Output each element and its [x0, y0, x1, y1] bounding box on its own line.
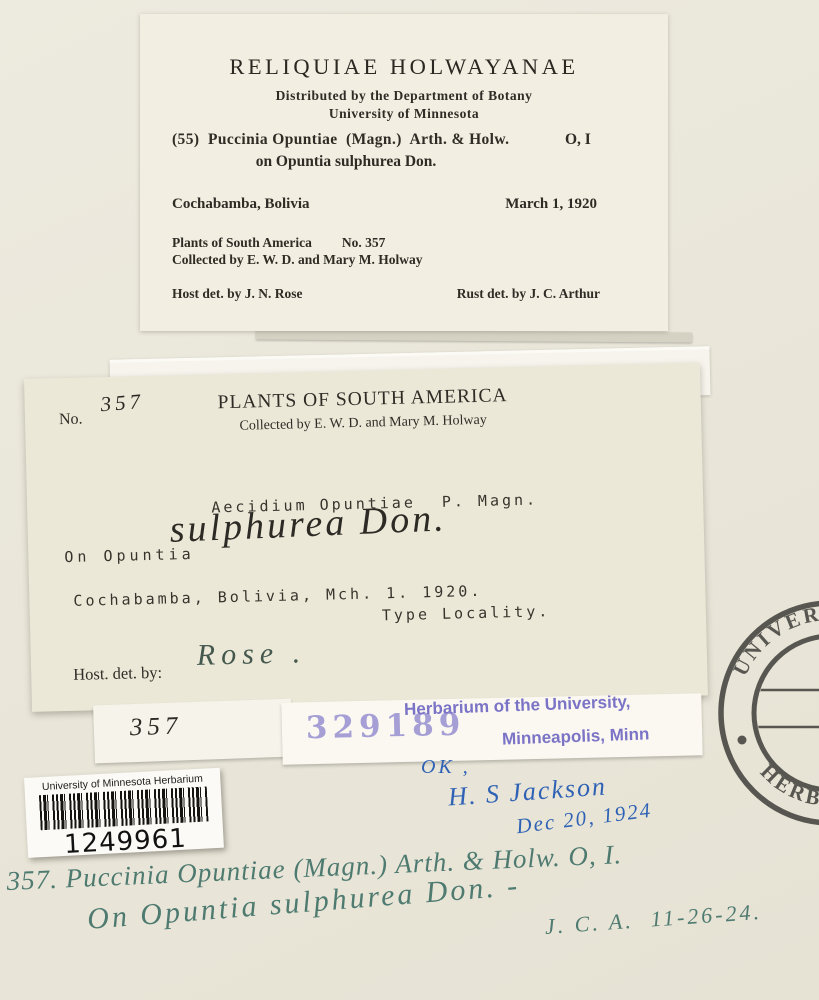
institution-line: University of Minnesota — [140, 106, 668, 122]
host-det-by-label: Host. det. by: — [73, 663, 162, 685]
series-name: Plants of South America — [172, 235, 312, 250]
herbarium-specimen-sheet: RELIQUIAE HOLWAYANAE Distributed by the … — [0, 0, 819, 1000]
plants-of-south-america-label: No. 357 PLANTS OF SOUTH AMERICA Collecte… — [24, 362, 708, 711]
species-line: (55) Puccinia Opuntiae (Magn.) Arth. & H… — [172, 131, 509, 149]
collection-number: No. 357 — [342, 235, 386, 250]
packet-number-strip: 357 — [93, 699, 293, 764]
locality: Cochabamba, Bolivia — [172, 196, 310, 213]
series-title: RELIQUIAE HOLWAYANAE — [140, 54, 668, 80]
series-number-line: Plants of South AmericaNo. 357 — [172, 235, 385, 251]
typed-type-locality: Type Locality. — [382, 602, 551, 624]
rust-det-line: Rust det. by J. C. Arthur — [457, 286, 600, 302]
packet-number-handwritten: 357 — [129, 712, 182, 742]
ok-annotation: OK , — [421, 756, 471, 779]
paper-sliver-edge — [256, 329, 692, 342]
host-det-signature: Rose . — [196, 636, 306, 673]
host-det-line: Host det. by J. N. Rose — [172, 286, 303, 302]
determination-credit: J. C. A. 11-26-24. — [544, 899, 763, 940]
barcode-label: University of Minnesota Herbarium 124996… — [24, 768, 224, 858]
round-university-stamp-icon: UNIVERSITY O HERB — [691, 573, 819, 853]
stamp-separator-dot — [738, 736, 747, 745]
reliquiae-holwayanae-label: RELIQUIAE HOLWAYANAE Distributed by the … — [140, 14, 668, 331]
collection-date: March 1, 1920 — [505, 196, 597, 213]
collected-by-line: Collected by E. W. D. and Mary M. Holway — [172, 252, 423, 268]
stage-notation: O, I — [565, 131, 591, 149]
typed-species-author: P. Magn. — [442, 490, 539, 510]
host-line: on Opuntia sulphurea Don. — [172, 153, 520, 171]
distributed-by-line: Distributed by the Department of Botany — [140, 88, 668, 104]
